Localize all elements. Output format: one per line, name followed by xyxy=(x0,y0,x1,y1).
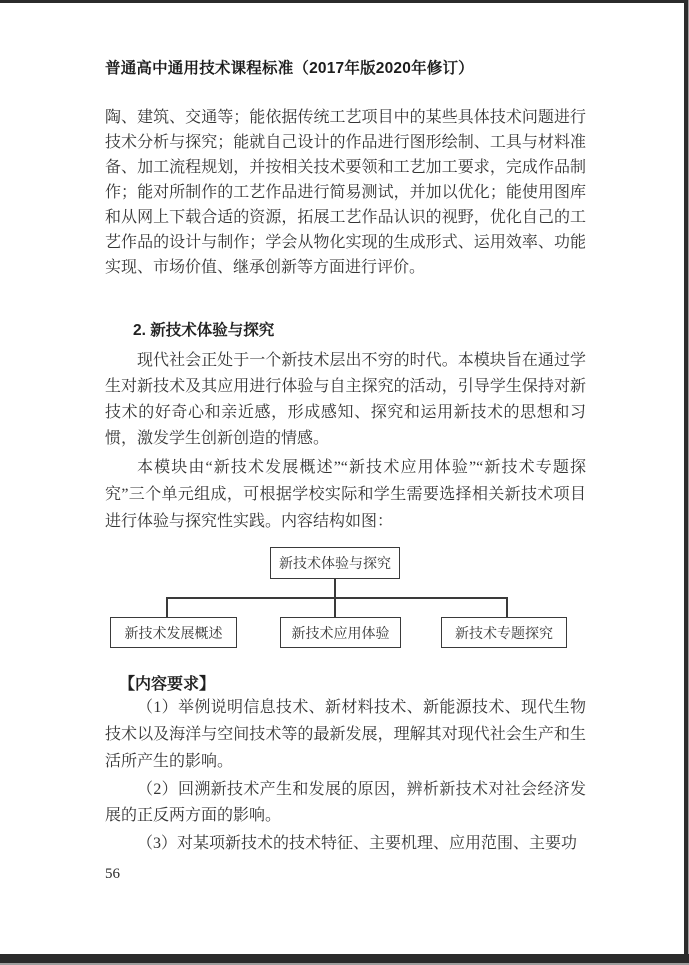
scan-edge-bottom xyxy=(0,954,689,963)
diagram-root-node: 新技术体验与探究 xyxy=(270,547,400,579)
paragraph-module-intro: 现代社会正处于一个新技术层出不穷的时代。本模块旨在通过学生对新技术及其应用进行体… xyxy=(105,348,586,452)
section-heading-new-tech: 2. 新技术体验与探究 xyxy=(133,318,274,340)
running-header: 普通高中通用技术课程标准（2017年版2020年修订） xyxy=(105,56,474,78)
requirement-item-2: （2）回溯新技术产生和发展的原因，辨析新技术对社会经济发展的正反两方面的影响。 xyxy=(105,777,586,829)
requirement-item-3: （3）对某项新技术的技术特征、主要机理、应用范围、主要功 xyxy=(105,830,586,857)
paragraph-craft-module-continuation: 陶、建筑、交通等；能依据传统工艺项目中的某些具体技术问题进行技术分析与探究；能就… xyxy=(105,105,586,280)
page-number: 56 xyxy=(105,866,120,883)
document-page: 普通高中通用技术课程标准（2017年版2020年修订） 陶、建筑、交通等；能依据… xyxy=(0,0,689,965)
diagram-child-node-application-experience: 新技术应用体验 xyxy=(280,617,401,648)
diagram-child-node-development-overview: 新技术发展概述 xyxy=(110,617,237,648)
diagram-connector-stem xyxy=(334,579,336,618)
diagram-connector-drop-left xyxy=(166,597,168,618)
diagram-child-node-special-inquiry: 新技术专题探究 xyxy=(441,617,567,648)
diagram-connector-horizontal xyxy=(166,597,507,599)
requirements-heading: 【内容要求】 xyxy=(119,671,215,694)
diagram-connector-drop-right xyxy=(506,597,508,618)
scan-edge-top xyxy=(0,0,689,3)
requirement-item-1: （1）举例说明信息技术、新材料技术、新能源技术、现代生物技术以及海洋与空间技术等… xyxy=(105,694,586,775)
paragraph-module-units: 本模块由“新技术发展概述”“新技术应用体验”“新技术专题探究”三个单元组成，可根… xyxy=(105,454,586,535)
